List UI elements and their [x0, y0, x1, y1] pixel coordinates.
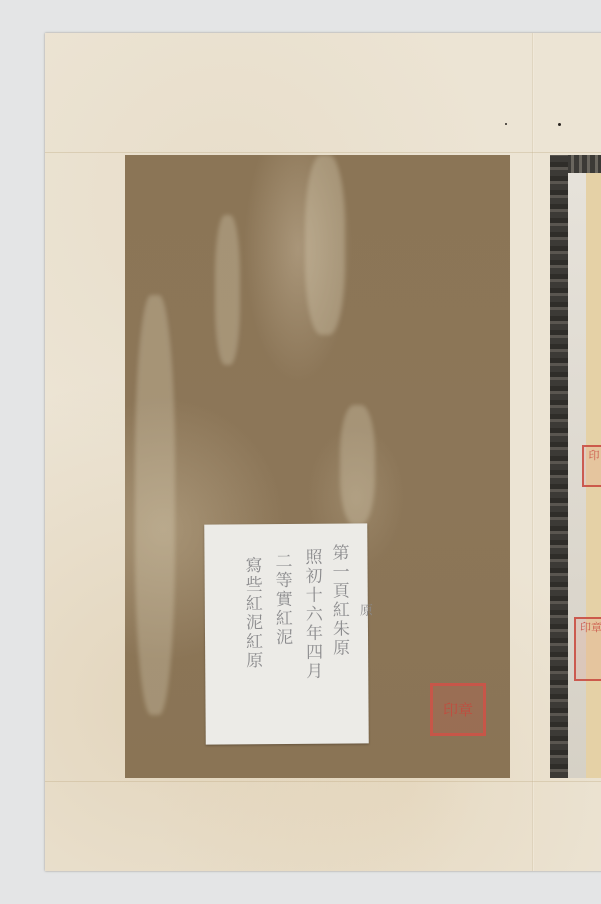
handwritten-note: 第一頁紅朱原 原 照初十六年四月 二等實紅泥 寫些紅泥紅原	[204, 523, 369, 744]
note-column-2: 照初十六年四月	[302, 548, 321, 681]
note-column-3: 二等實紅泥	[272, 552, 291, 647]
page-fold-line	[532, 33, 534, 871]
dust-speck	[505, 123, 507, 125]
wear-streak	[135, 295, 175, 715]
small-seal-lower: 印章	[574, 617, 601, 681]
note-column-1: 第一頁紅朱原	[329, 544, 348, 658]
note-annotation: 原	[355, 603, 373, 618]
page-crease-top	[45, 152, 601, 153]
page-crease-bottom	[45, 781, 601, 782]
ink-rubbing-panel: 印 印章	[550, 155, 601, 778]
note-column-4: 寫些紅泥紅原	[242, 556, 261, 670]
red-seal-stamp: 印章	[430, 683, 486, 736]
small-seal-upper: 印	[582, 445, 601, 487]
wear-streak	[305, 155, 345, 335]
dust-speck	[558, 123, 561, 126]
rubbing-dark-border	[550, 155, 568, 778]
seal-text: 印章	[443, 700, 473, 720]
wear-streak	[340, 405, 375, 525]
wear-streak	[215, 215, 240, 365]
